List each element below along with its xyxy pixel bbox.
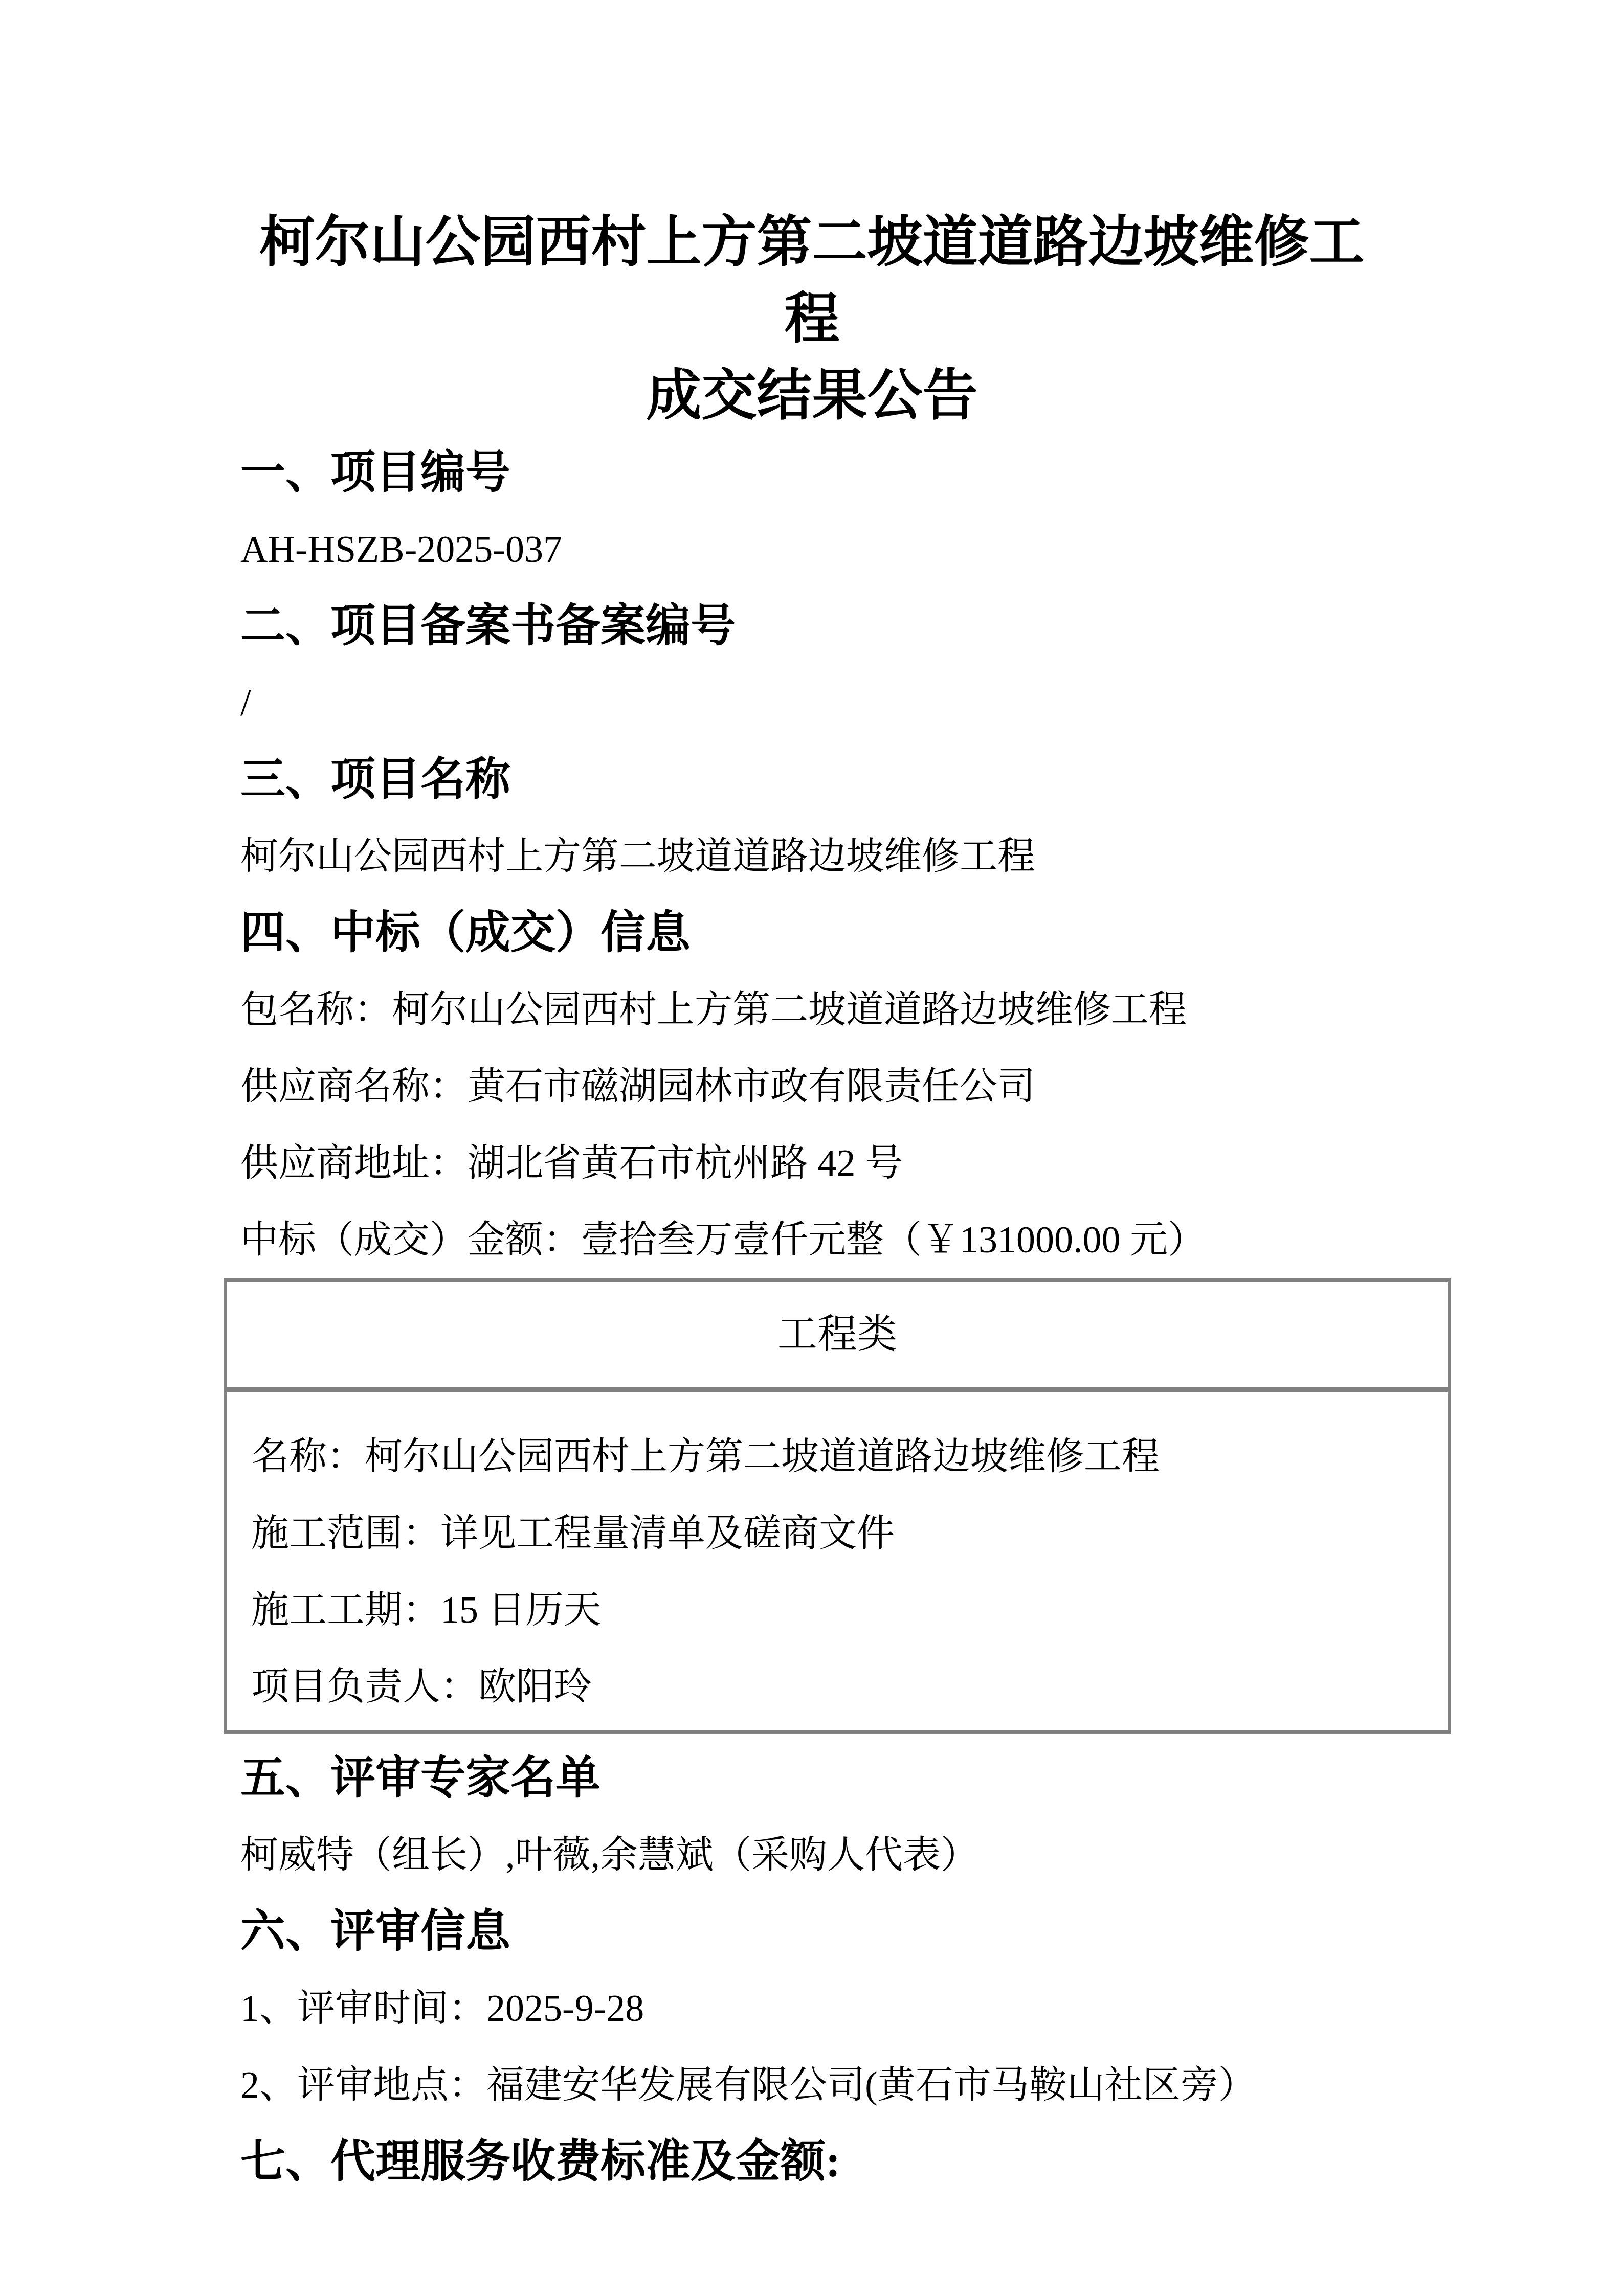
award-amount-line: 中标（成交）金额：壹拾叁万壹仟元整（￥131000.00 元） <box>240 1202 1384 1278</box>
document-title-line1: 柯尔山公园西村上方第二坡道道路边坡维修工程 <box>240 205 1384 358</box>
supplier-address-line: 供应商地址：湖北省黄石市杭州路 42 号 <box>240 1125 1384 1202</box>
supplier-name-line: 供应商名称：黄石市磁湖园林市政有限责任公司 <box>240 1048 1384 1125</box>
filing-number-value: / <box>240 665 1384 741</box>
table-category-header: 工程类 <box>226 1280 1450 1390</box>
project-number-value: AH-HSZB-2025-037 <box>240 511 1384 588</box>
document-title: 柯尔山公园西村上方第二坡道道路边坡维修工程 成交结果公告 <box>240 205 1384 435</box>
section-heading-agency-fee: 七、代理服务收费标准及金额: <box>240 2124 1384 2200</box>
table-body-cell: 名称：柯尔山公园西村上方第二坡道道路边坡维修工程 施工范围：详见工程量清单及磋商… <box>226 1389 1450 1732</box>
package-name-line: 包名称：柯尔山公园西村上方第二坡道道路边坡维修工程 <box>240 972 1384 1048</box>
section-heading-project-number: 一、项目编号 <box>240 435 1384 511</box>
section-heading-filing-number: 二、项目备案书备案编号 <box>240 588 1384 665</box>
project-category-table: 工程类 名称：柯尔山公园西村上方第二坡道道路边坡维修工程 施工范围：详见工程量清… <box>224 1278 1451 1734</box>
section-heading-review-info: 六、评审信息 <box>240 1894 1384 1970</box>
section-heading-project-name: 三、项目名称 <box>240 741 1384 818</box>
expert-list-value: 柯威特（组长）,叶薇,余慧斌（采购人代表） <box>240 1817 1384 1894</box>
section-heading-award-info: 四、中标（成交）信息 <box>240 895 1384 972</box>
table-body-row: 名称：柯尔山公园西村上方第二坡道道路边坡维修工程 施工范围：详见工程量清单及磋商… <box>226 1389 1450 1732</box>
review-time-line: 1、评审时间：2025-9-28 <box>240 1970 1384 2047</box>
table-header-row: 工程类 <box>226 1280 1450 1390</box>
document-title-line2: 成交结果公告 <box>240 358 1384 435</box>
project-name-value: 柯尔山公园西村上方第二坡道道路边坡维修工程 <box>240 818 1384 895</box>
review-location-line: 2、评审地点：福建安华发展有限公司(黄石市马鞍山社区旁） <box>240 2047 1384 2124</box>
section-heading-expert-list: 五、评审专家名单 <box>240 1740 1384 1817</box>
table-row-scope: 施工范围：详见工程量清单及磋商文件 <box>251 1495 1427 1572</box>
document-page: 柯尔山公园西村上方第二坡道道路边坡维修工程 成交结果公告 一、项目编号 AH-H… <box>0 0 1624 2296</box>
table-row-duration: 施工工期：15 日历天 <box>251 1572 1427 1649</box>
table-row-name: 名称：柯尔山公园西村上方第二坡道道路边坡维修工程 <box>251 1419 1427 1495</box>
table-row-manager: 项目负责人：欧阳玲 <box>251 1649 1427 1725</box>
